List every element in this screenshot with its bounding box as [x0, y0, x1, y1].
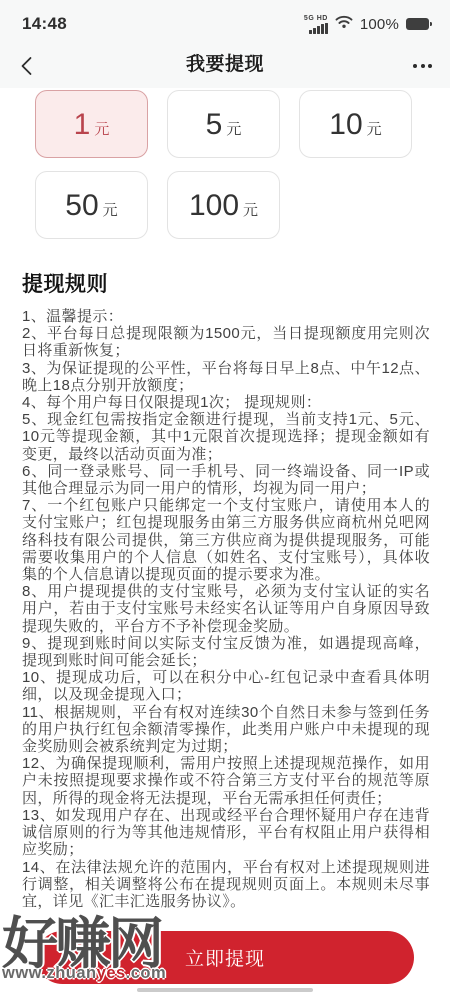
clock-time: 14:48 [22, 14, 67, 34]
cellular-signal-icon: 5G HD [304, 15, 328, 34]
rule-item: 6、同一登录账号、同一手机号、同一终端设备、同一IP或其他合理显示为同一用户的情… [22, 463, 430, 497]
amount-option-100-yuan[interactable]: 100元 [167, 171, 280, 239]
amount-value: 10 [329, 108, 362, 142]
rule-item: 2、平台每日总提现限额为1500元，当日提现额度用完则次日将重新恢复； [22, 325, 430, 359]
rule-item: 8、用户提现提供的支付宝账号，必须为支付宝认证的实名用户，若由于支付宝账号未经实… [22, 583, 430, 635]
amount-unit: 元 [94, 118, 109, 139]
more-menu-button[interactable] [413, 55, 432, 77]
nav-bar: 我要提现 [0, 44, 450, 88]
amount-option-10-yuan[interactable]: 10元 [299, 90, 412, 158]
rule-item: 4、每个用户每日仅限提现1次； 提现规则： [22, 394, 430, 411]
rule-item: 10、提现成功后，可以在积分中心-红包记录中查看具体明细，以及现金提现入口； [22, 669, 430, 703]
amount-option-1-yuan[interactable]: 1元 [35, 90, 148, 158]
battery-icon [406, 18, 432, 30]
rule-item: 3、为保证提现的公平性，平台将每日早上8点、中午12点、晚上18点分别开放额度； [22, 360, 430, 394]
wifi-icon [335, 15, 353, 34]
rule-item: 7、一个红包账户只能绑定一个支付宝账户，请使用本人的支付宝账户；红包提现服务由第… [22, 497, 430, 583]
amount-unit: 元 [367, 118, 382, 139]
dot-icon [421, 64, 425, 68]
rules-list: 1、温馨提示： 2、平台每日总提现限额为1500元，当日提现额度用完则次日将重新… [0, 308, 450, 910]
withdraw-screen: 14:48 5G HD 100% [0, 0, 450, 1000]
rule-item: 1、温馨提示： [22, 308, 430, 325]
signal-bars-icon [309, 23, 328, 34]
dot-icon [413, 64, 417, 68]
header: 14:48 5G HD 100% [0, 0, 450, 88]
rule-item: 5、现金红包需按指定金额进行提现，当前支持1元、5元、10元等提现金额，其中1元… [22, 411, 430, 463]
amount-unit: 元 [226, 118, 241, 139]
rules-heading: 提现规则 [22, 272, 428, 298]
amount-option-50-yuan[interactable]: 50元 [35, 171, 148, 239]
status-icons: 5G HD 100% [304, 15, 432, 34]
status-bar: 14:48 5G HD 100% [0, 0, 450, 44]
amount-value: 50 [65, 189, 98, 223]
amount-unit: 元 [103, 199, 118, 220]
rule-item: 14、在法律法规允许的范围内，平台有权对上述提现规则进行调整，相关调整将公布在提… [22, 859, 430, 911]
amount-value: 1 [74, 108, 91, 142]
withdraw-now-button[interactable]: 立即提现 [36, 931, 414, 984]
amount-value: 5 [206, 108, 223, 142]
home-indicator-handle[interactable] [137, 988, 313, 992]
rule-item: 12、为确保提现顺利，需用户按照上述提现规范操作，如用户未按照提现要求操作或不符… [22, 755, 430, 807]
amount-option-5-yuan[interactable]: 5元 [167, 90, 280, 158]
dot-icon [428, 64, 432, 68]
battery-percent-label: 100% [360, 16, 399, 33]
amount-options-grid: 1元 5元 10元 50元 100元 [35, 90, 450, 239]
amount-unit: 元 [243, 199, 258, 220]
amount-value: 100 [189, 189, 239, 223]
rule-item: 11、根据规则，平台有权对连续30个自然日未参与签到任务的用户执行红包余额清零操… [22, 704, 430, 756]
rule-item: 13、如发现用户存在、出现或经平台合理怀疑用户存在违背诚信原则的行为等其他违规情… [22, 807, 430, 859]
rule-item: 9、提现到账时间以实际支付宝反馈为准，如遇提现高峰，提现到账时间可能会延长； [22, 635, 430, 669]
page-title: 我要提现 [0, 44, 450, 88]
network-type-label: 5G HD [304, 15, 328, 22]
